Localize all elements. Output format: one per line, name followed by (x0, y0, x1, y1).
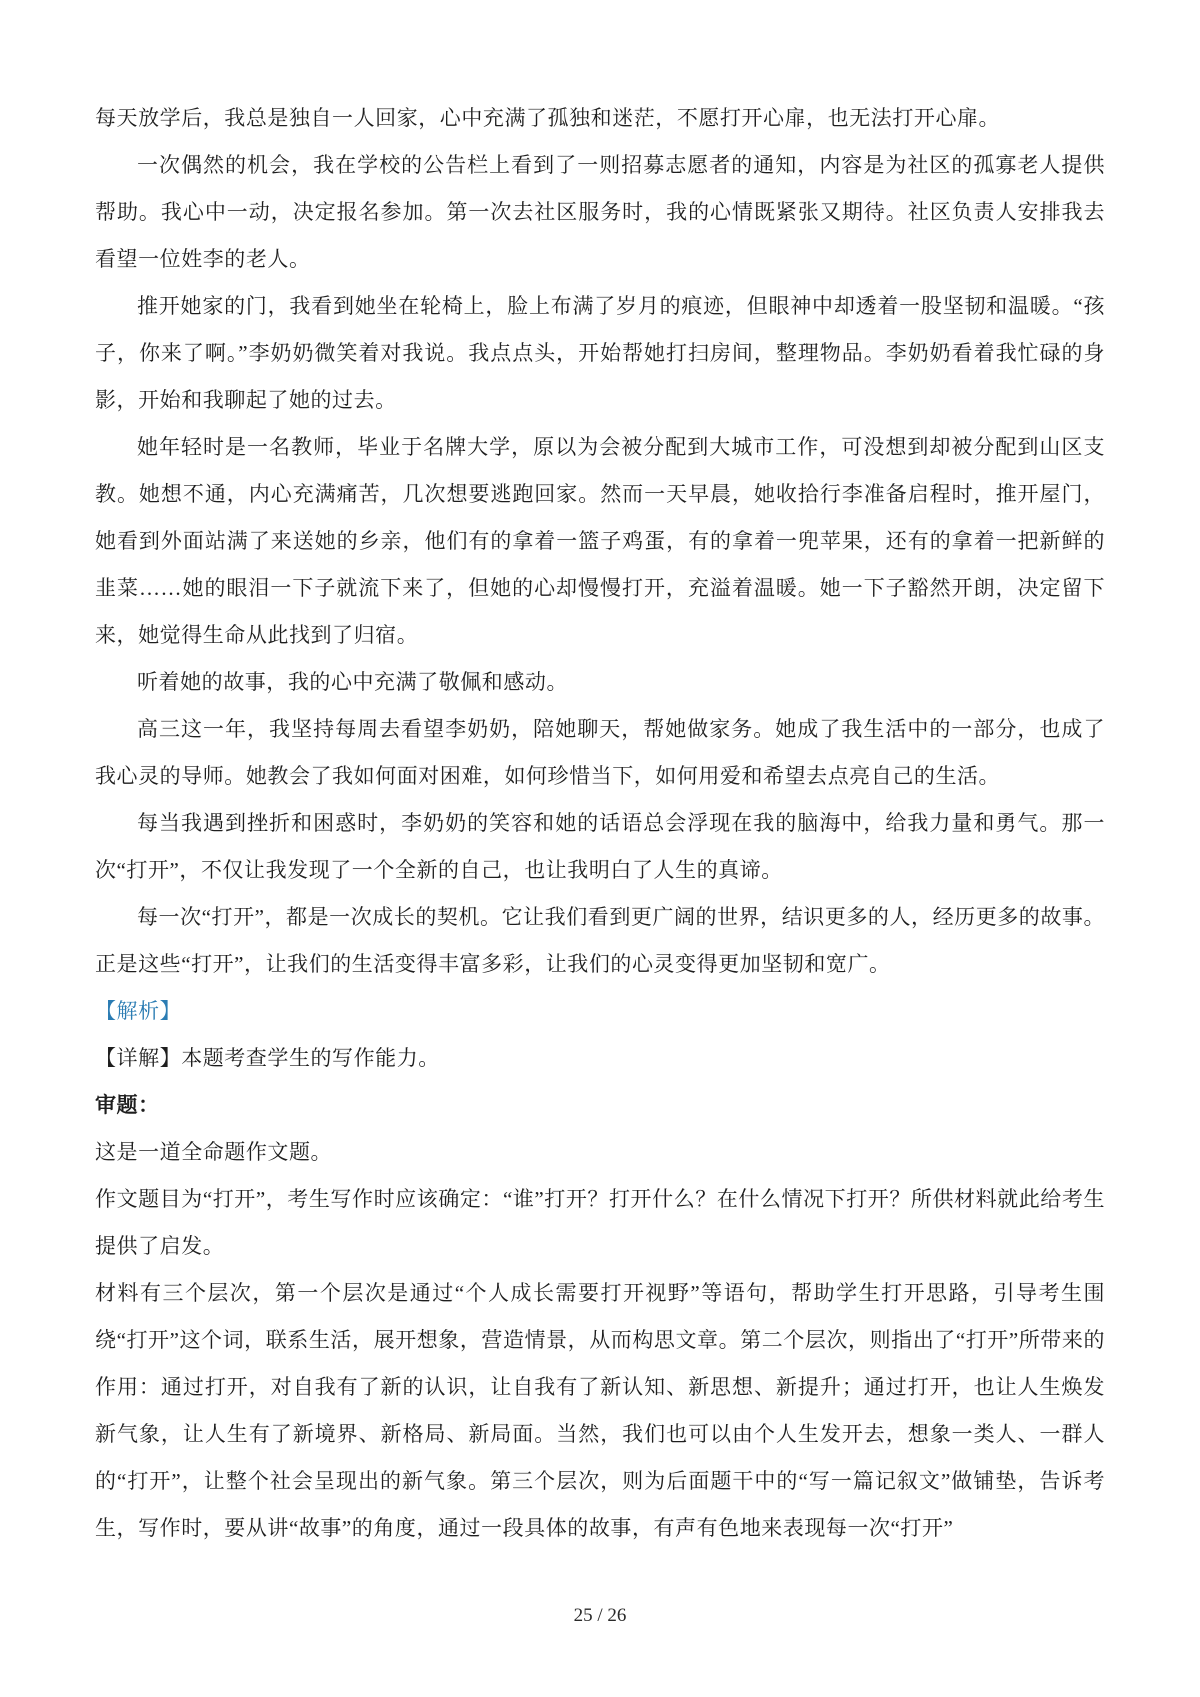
analysis-body: 这是一道全命题作文题。作文题目为“打开”，考生写作时应该确定：“谁”打开？打开什… (95, 1129, 1105, 1552)
essay-section: 每天放学后，我总是独自一人回家，心中充满了孤独和迷茫，不愿打开心扉，也无法打开心… (95, 95, 1105, 988)
document-page: 每天放学后，我总是独自一人回家，心中充满了孤独和迷茫，不愿打开心扉，也无法打开心… (0, 0, 1200, 1697)
page-content: 每天放学后，我总是独自一人回家，心中充满了孤独和迷茫，不愿打开心扉，也无法打开心… (95, 95, 1105, 1552)
essay-paragraph: 推开她家的门，我看到她坐在轮椅上，脸上布满了岁月的痕迹，但眼神中却透着一股坚韧和… (95, 283, 1105, 424)
essay-paragraph: 一次偶然的机会，我在学校的公告栏上看到了一则招募志愿者的通知，内容是为社区的孤寡… (95, 142, 1105, 283)
analysis-section: 【解析】 【详解】本题考查学生的写作能力。 审题： 这是一道全命题作文题。作文题… (95, 988, 1105, 1552)
analysis-section-label: 【解析】 (95, 999, 181, 1023)
analysis-paragraph: 这是一道全命题作文题。 (95, 1129, 1105, 1176)
page-footer: 25 / 26 (0, 1601, 1200, 1631)
analysis-label-line: 【解析】 (95, 988, 1105, 1035)
detail-text: 本题考查学生的写作能力。 (181, 1046, 440, 1070)
detail-label: 【详解】 (95, 1046, 181, 1070)
analysis-paragraph: 材料有三个层次，第一个层次是通过“个人成长需要打开视野”等语句，帮助学生打开思路… (95, 1270, 1105, 1552)
essay-paragraph: 她年轻时是一名教师，毕业于名牌大学，原以为会被分配到大城市工作，可没想到却被分配… (95, 424, 1105, 659)
essay-body: 每天放学后，我总是独自一人回家，心中充满了孤独和迷茫，不愿打开心扉，也无法打开心… (95, 95, 1105, 988)
essay-paragraph: 每当我遇到挫折和困惑时，李奶奶的笑容和她的话语总会浮现在我的脑海中，给我力量和勇… (95, 800, 1105, 894)
essay-paragraph: 每一次“打开”，都是一次成长的契机。它让我们看到更广阔的世界，结识更多的人，经历… (95, 894, 1105, 988)
essay-paragraph: 每天放学后，我总是独自一人回家，心中充满了孤独和迷茫，不愿打开心扉，也无法打开心… (95, 95, 1105, 142)
essay-paragraph: 听着她的故事，我的心中充满了敬佩和感动。 (95, 659, 1105, 706)
analysis-paragraph: 作文题目为“打开”，考生写作时应该确定：“谁”打开？打开什么？在什么情况下打开？… (95, 1176, 1105, 1270)
detail-paragraph: 【详解】本题考查学生的写作能力。 (95, 1035, 1105, 1082)
page-number: 25 / 26 (574, 1605, 627, 1626)
essay-paragraph: 高三这一年，我坚持每周去看望李奶奶，陪她聊天，帮她做家务。她成了我生活中的一部分… (95, 706, 1105, 800)
shenti-heading: 审题： (95, 1082, 1105, 1129)
